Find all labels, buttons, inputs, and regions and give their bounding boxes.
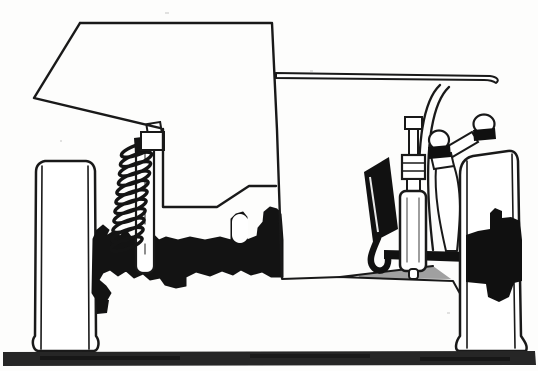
- front-tire-inner-line-right: [88, 166, 89, 349]
- ball-base-left: [428, 145, 451, 159]
- damper-collar: [402, 155, 425, 179]
- suspension-diagram: [0, 0, 538, 371]
- scanned-figure-page: [0, 0, 538, 371]
- ball-base-right: [473, 128, 496, 141]
- damper-body: [400, 191, 426, 271]
- ground: [3, 351, 536, 366]
- mount-block: [141, 132, 164, 150]
- front-wheel: [33, 161, 99, 351]
- front-tire-inner-line-left: [41, 166, 42, 349]
- axle-white-port: [232, 214, 248, 243]
- damper-rod: [409, 129, 418, 157]
- damper-cap: [405, 117, 422, 129]
- damper-tip: [409, 269, 418, 279]
- knuckle-foot: [96, 300, 109, 314]
